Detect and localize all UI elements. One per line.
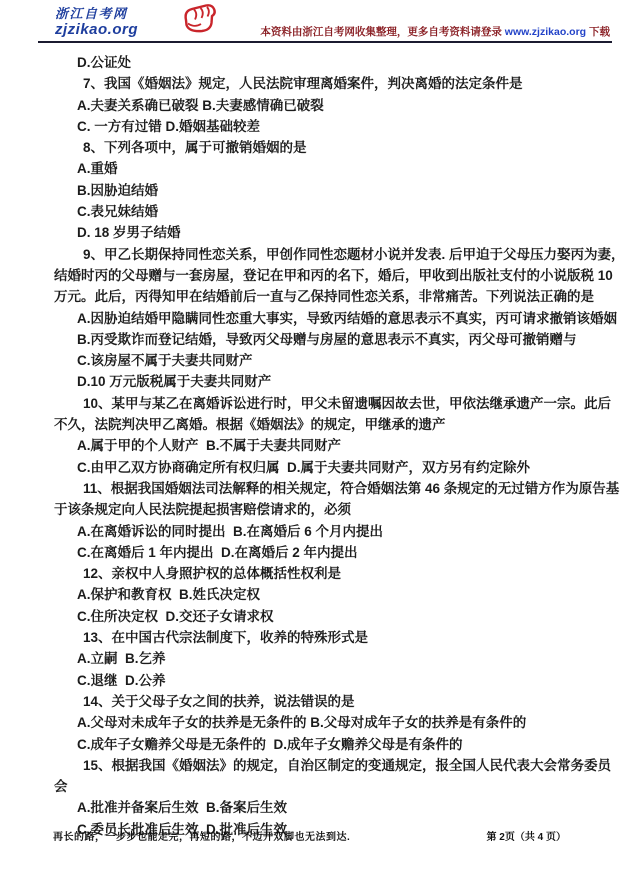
fist-icon: [181, 2, 219, 45]
tagline-suffix: 下载: [586, 26, 610, 38]
footer-motto: 再长的路，一步步也能走完，再短的路，不迈开双脚也无法到达.: [53, 828, 350, 843]
question-line: 14、关于父母子女之间的扶养，说法错误的是: [54, 691, 610, 712]
page-number: 第 2页（共 4 页）: [487, 828, 566, 843]
option-line: A.批准并备案后生效 B.备案后生效: [54, 797, 610, 818]
option-line: C.该房屋不属于夫妻共同财产: [54, 350, 610, 371]
option-line: A.因胁迫结婚甲隐瞒同性恋重大事实，导致丙结婚的意思表示不真实，丙可请求撤销该婚…: [54, 308, 610, 329]
question-line: 7、我国《婚姻法》规定，人民法院审理离婚案件，判决离婚的法定条件是: [54, 73, 610, 94]
option-line: A.属于甲的个人财产 B.不属于夫妻共同财产: [54, 435, 610, 456]
question-line: 10、某甲与某乙在离婚诉讼进行时，甲父未留遗嘱因故去世，甲依法继承遗产一宗。此后: [54, 393, 610, 414]
option-line: D.公证处: [54, 52, 610, 73]
option-line: C.退继 D.公养: [54, 670, 610, 691]
option-line: D. 18 岁男子结婚: [54, 222, 610, 243]
page-header: 浙江自考网 zjzikao.org 本资料由浙江自考网收集整理，更多自考资料请登…: [0, 0, 630, 43]
continuation-line: 万元。此后，丙得知甲在结婚前后一直与乙保持同性恋关系，非常痛苦。下列说法正确的是: [54, 286, 610, 307]
option-line: C.住所决定权 D.交还子女请求权: [54, 606, 610, 627]
question-line: 11、根据我国婚姻法司法解释的相关规定，符合婚姻法第 46 条规定的无过错方作为…: [54, 478, 610, 499]
option-line: C.由甲乙双方协商确定所有权归属 D.属于夫妻共同财产，双方另有约定除外: [54, 457, 610, 478]
logo-domain: zjzikao.org: [55, 21, 185, 38]
option-line: C. 一方有过错 D.婚姻基础较差: [54, 116, 610, 137]
question-line: 15、根据我国《婚姻法》的规定，自治区制定的变通规定，报全国人民代表大会常务委员: [54, 755, 610, 776]
header-tagline: 本资料由浙江自考网收集整理，更多自考资料请登录 www.zjzikao.org …: [260, 24, 610, 39]
option-line: C.成年子女赡养父母是无条件的 D.成年子女赡养父母是有条件的: [54, 734, 610, 755]
document-page: 浙江自考网 zjzikao.org 本资料由浙江自考网收集整理，更多自考资料请登…: [0, 0, 630, 891]
question-line: 12、亲权中人身照护权的总体概括性权利是: [54, 563, 610, 584]
option-line: A.父母对未成年子女的扶养是无条件的 B.父母对成年子女的扶养是有条件的: [54, 712, 610, 733]
question-line: 9、甲乙长期保持同性恋关系，甲创作同性恋题材小说并发表. 后甲迫于父母压力娶丙为…: [54, 244, 610, 265]
option-line: A.夫妻关系确已破裂 B.夫妻感情确已破裂: [54, 95, 610, 116]
logo-title: 浙江自考网: [55, 6, 185, 21]
question-line: 13、在中国古代宗法制度下，收养的特殊形式是: [54, 627, 610, 648]
option-line: C.表兄妹结婚: [54, 201, 610, 222]
exam-content: D.公证处 7、我国《婚姻法》规定，人民法院审理离婚案件，判决离婚的法定条件是 …: [0, 43, 630, 840]
continuation-line: 不久，法院判决甲乙离婚。根据《婚姻法》的规定，甲继承的遗产: [54, 414, 610, 435]
option-line: A.在离婚诉讼的同时提出 B.在离婚后 6 个月内提出: [54, 521, 610, 542]
site-logo: 浙江自考网 zjzikao.org: [55, 6, 185, 38]
continuation-line: 会: [54, 776, 610, 797]
continuation-line: 于该条规定向人民法院提起损害赔偿请求的，必须: [54, 499, 610, 520]
option-line: C.在离婚后 1 年内提出 D.在离婚后 2 年内提出: [54, 542, 610, 563]
question-line: 8、下列各项中，属于可撤销婚姻的是: [54, 137, 610, 158]
option-line: A.立嗣 B.乞养: [54, 648, 610, 669]
continuation-line: 结婚时丙的父母赠与一套房屋，登记在甲和丙的名下，婚后，甲收到出版社支付的小说版税…: [54, 265, 610, 286]
tagline-prefix: 本资料由浙江自考网收集整理，更多自考资料请登录: [260, 26, 504, 38]
option-line: D.10 万元版税属于夫妻共同财产: [54, 371, 610, 392]
option-line: B.丙受欺诈而登记结婚，导致丙父母赠与房屋的意思表示不真实，丙父母可撤销赠与: [54, 329, 610, 350]
tagline-url: www.zjzikao.org: [505, 26, 586, 38]
option-line: B.因胁迫结婚: [54, 180, 610, 201]
option-line: A.保护和教育权 B.姓氏决定权: [54, 584, 610, 605]
option-line: A.重婚: [54, 158, 610, 179]
